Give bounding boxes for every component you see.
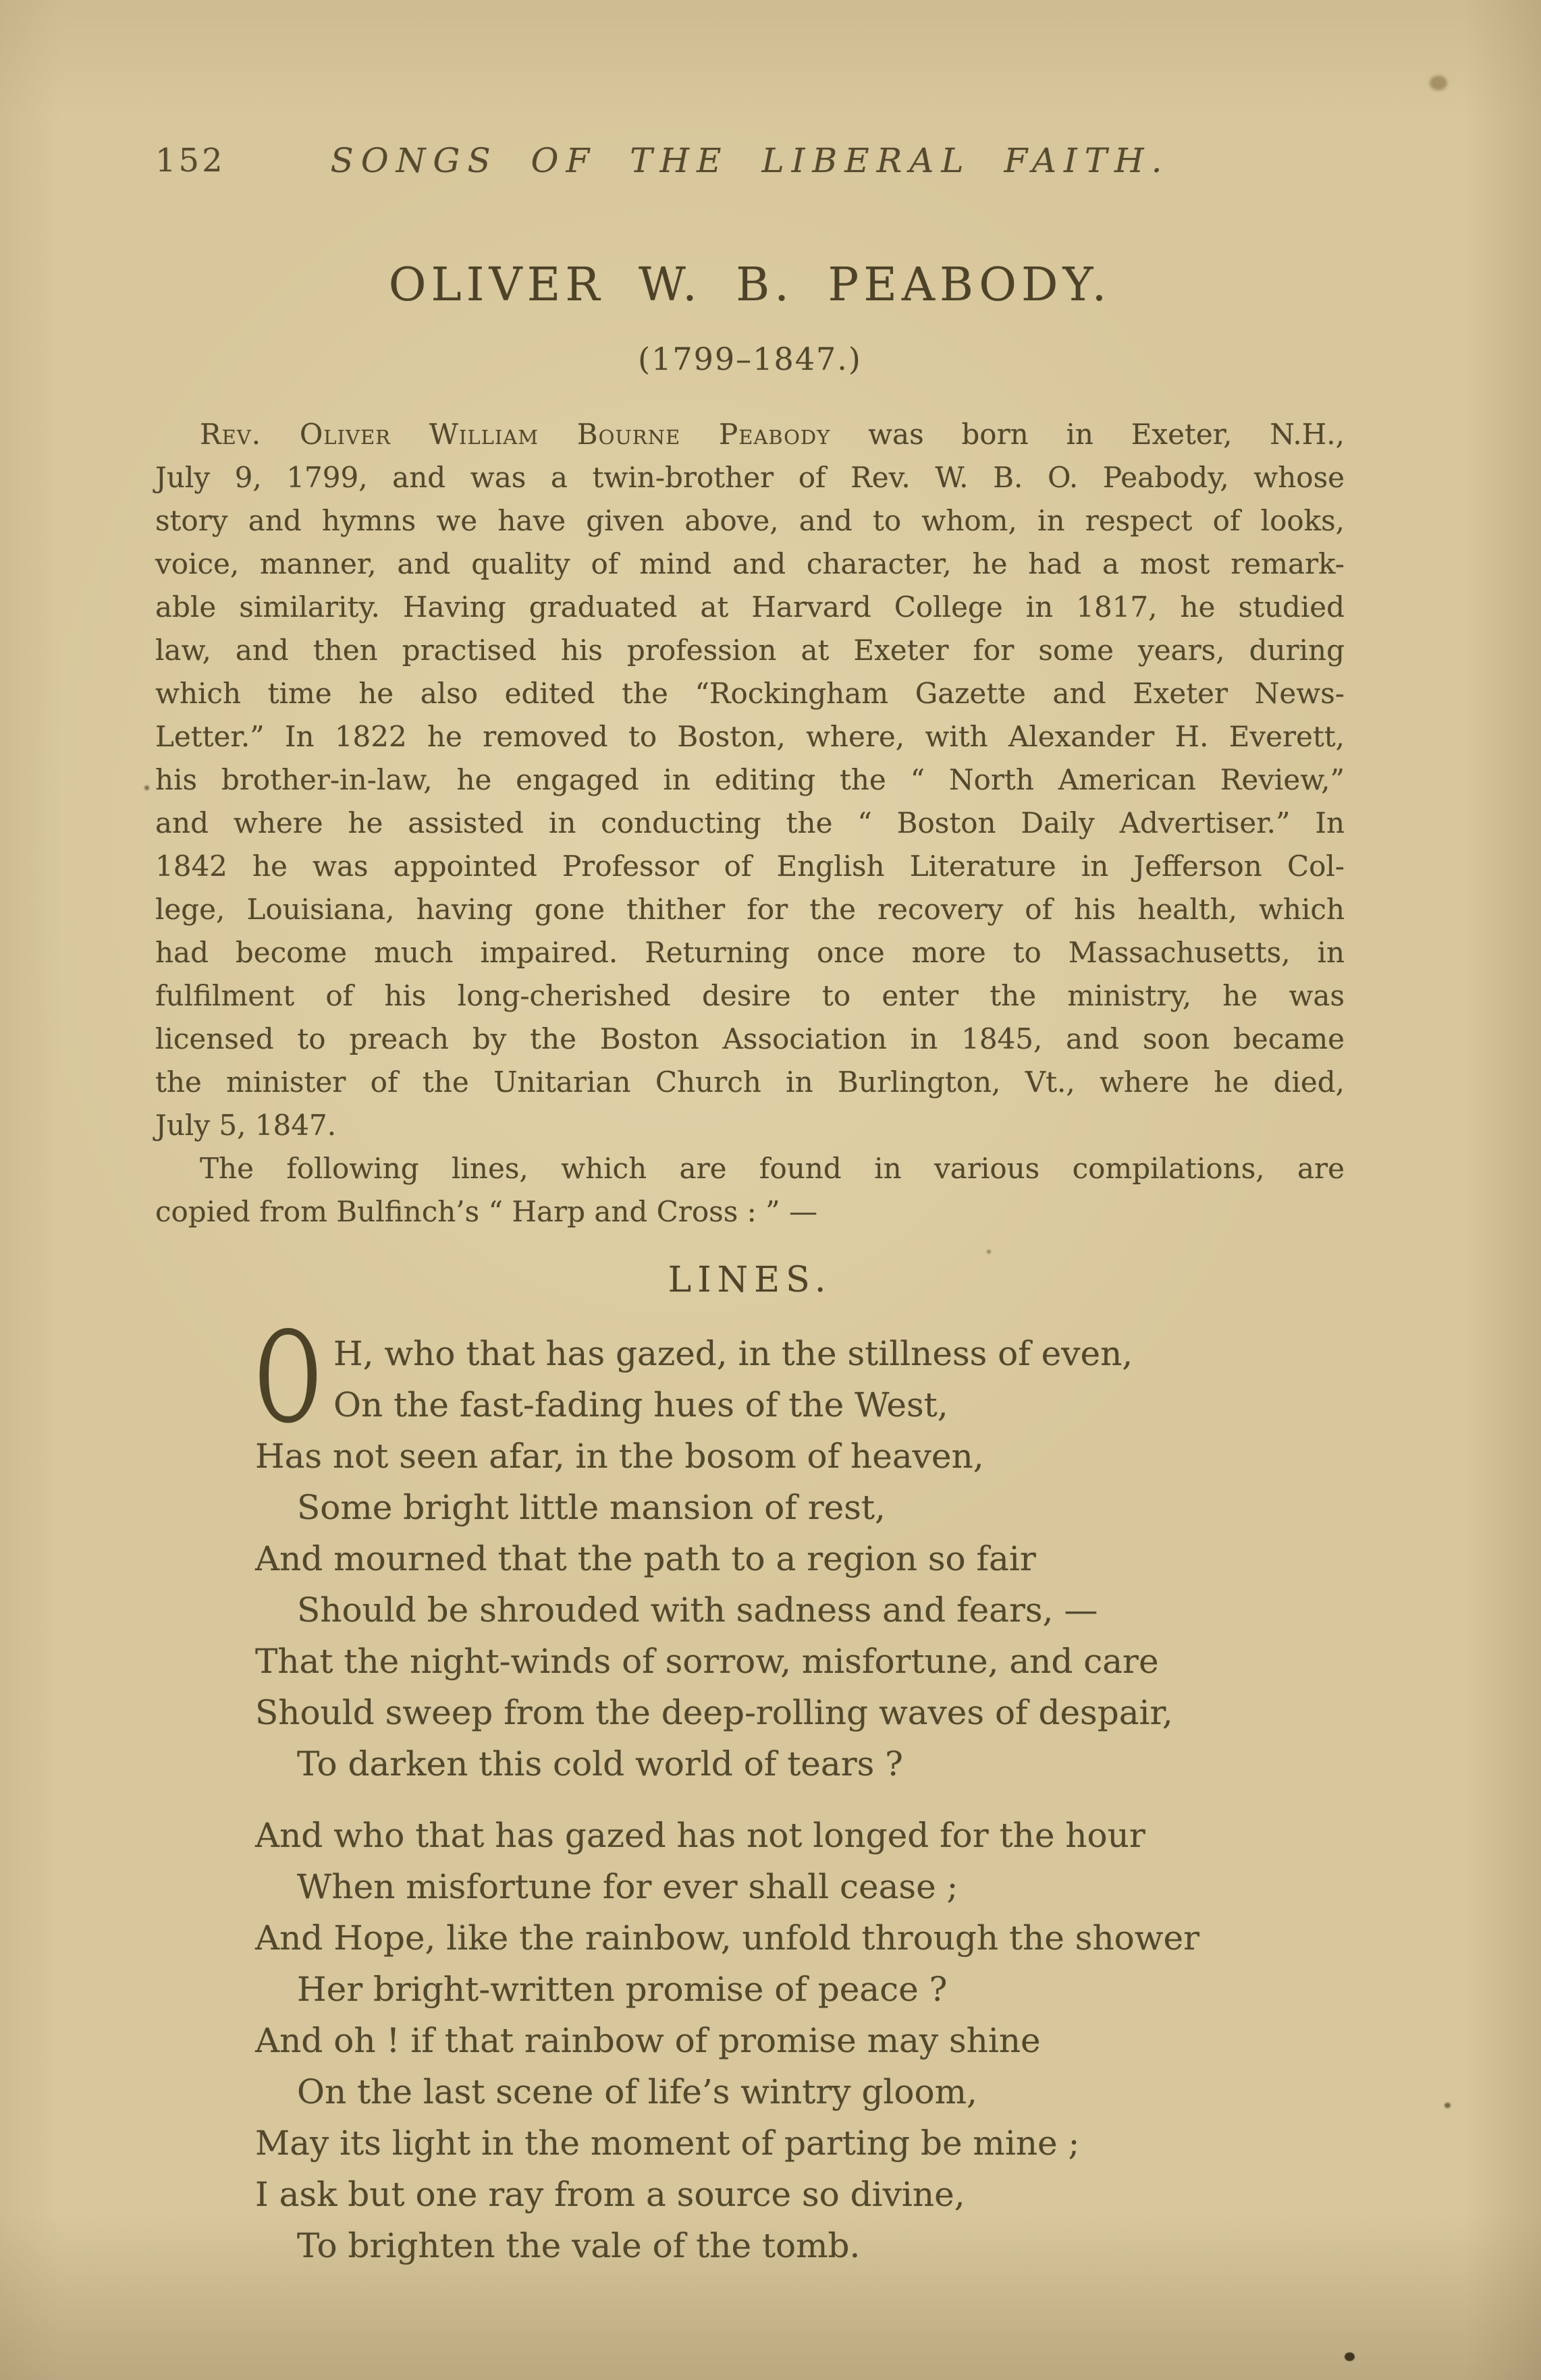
bio-line: law, and then practised his profession a… <box>155 629 1345 672</box>
poem-line: H, who that has gazed, in the stillness … <box>255 1328 1345 1379</box>
poem-line: Her bright-written promise of peace ? <box>255 1964 1345 2015</box>
poem-line: And oh ! if that rainbow of promise may … <box>255 2015 1345 2066</box>
bio-line: his brother-in-law, he engaged in editin… <box>155 758 1345 802</box>
bio-first-line: Rev. Oliver William Bourne Peabody was b… <box>155 413 1345 456</box>
poem-line: And who that has gazed has not longed fo… <box>255 1810 1345 1861</box>
poem-stanza-1: O H, who that has gazed, in the stillnes… <box>255 1328 1345 1790</box>
book-page: 152 SONGS OF THE LIBERAL FAITH. OLIVER W… <box>0 0 1541 2380</box>
poem-line: And Hope, like the rainbow, unfold throu… <box>255 1912 1345 1964</box>
bio-line: 1842 he was appointed Professor of Engli… <box>155 845 1345 888</box>
bio-line: lege, Louisiana, having gone thither for… <box>155 888 1345 931</box>
article-title: OLIVER W. B. PEABODY. <box>155 262 1345 309</box>
bio-line: which time he also edited the “Rockingha… <box>155 672 1345 715</box>
bio-line: licensed to preach by the Boston Associa… <box>155 1018 1345 1061</box>
paper-speck <box>1345 2352 1355 2361</box>
poem-line: To darken this cold world of tears ? <box>255 1738 1345 1790</box>
page-number: 152 <box>155 143 225 178</box>
poem-line: To brighten the vale of the tomb. <box>255 2220 1345 2271</box>
poem-heading: LINES. <box>155 1259 1345 1301</box>
poem-line: That the night-winds of sorrow, misfortu… <box>255 1636 1345 1687</box>
bio-line: the minister of the Unitarian Church in … <box>155 1061 1345 1104</box>
paper-speck <box>1444 2103 1451 2108</box>
bio-first-line-rest: was born in Exeter, N.H., <box>830 418 1345 451</box>
bio-paragraph: July 9, 1799, and was a twin-brother of … <box>155 456 1345 1104</box>
article-body: Rev. Oliver William Bourne Peabody was b… <box>155 413 1345 2271</box>
bio-line: fulfilment of his long-cherished desire … <box>155 974 1345 1018</box>
paper-speck <box>987 1250 991 1254</box>
bio-line: voice, manner, and quality of mind and c… <box>155 543 1345 586</box>
poem-drop-cap: O <box>255 1328 298 1429</box>
note-line-2: copied from Bulfinch’s “ Harp and Cross … <box>155 1190 1345 1234</box>
poem-line: Should sweep from the deep-rolling waves… <box>255 1687 1345 1738</box>
bio-line: July 9, 1799, and was a twin-brother of … <box>155 456 1345 499</box>
poem-line: Some bright little mansion of rest, <box>255 1482 1345 1533</box>
poem-line: On the last scene of life’s wintry gloom… <box>255 2066 1345 2118</box>
bio-line: and where he assisted in conducting the … <box>155 802 1345 845</box>
poem-line: I ask but one ray from a source so divin… <box>255 2169 1345 2220</box>
poem: O H, who that has gazed, in the stillnes… <box>255 1328 1345 2271</box>
poem-stanza-1-lines: On the fast-fading hues of the West,Has … <box>255 1379 1345 1790</box>
poem-line: And mourned that the path to a region so… <box>255 1533 1345 1584</box>
bio-line: Letter.” In 1822 he removed to Boston, w… <box>155 715 1345 758</box>
poem-line: Has not seen afar, in the bosom of heave… <box>255 1431 1345 1482</box>
poem-line: When misfortune for ever shall cease ; <box>255 1861 1345 1912</box>
bio-line: story and hymns we have given above, and… <box>155 499 1345 543</box>
poem-stanza-2-lines: And who that has gazed has not longed fo… <box>255 1810 1345 2271</box>
poem-stanza-2: And who that has gazed has not longed fo… <box>255 1810 1345 2271</box>
poem-line: May its light in the moment of parting b… <box>255 2118 1345 2169</box>
article-dates: (1799–1847.) <box>155 339 1345 379</box>
poem-line: Should be shrouded with sadness and fear… <box>255 1584 1345 1636</box>
running-head-title: SONGS OF THE LIBERAL FAITH. <box>155 143 1345 178</box>
note-line-1: The following lines, which are found in … <box>155 1147 1345 1190</box>
bio-last-line: July 5, 1847. <box>155 1104 1345 1147</box>
paper-speck <box>1430 76 1447 90</box>
bio-line: able similarity. Having graduated at Har… <box>155 586 1345 629</box>
bio-lead-name: Rev. Oliver William Bourne Peabody <box>200 418 830 451</box>
bio-line: had become much impaired. Returning once… <box>155 931 1345 974</box>
poem-line: On the fast-fading hues of the West, <box>255 1379 1345 1431</box>
paper-speck <box>144 785 149 790</box>
page-header: 152 SONGS OF THE LIBERAL FAITH. <box>155 143 1345 179</box>
